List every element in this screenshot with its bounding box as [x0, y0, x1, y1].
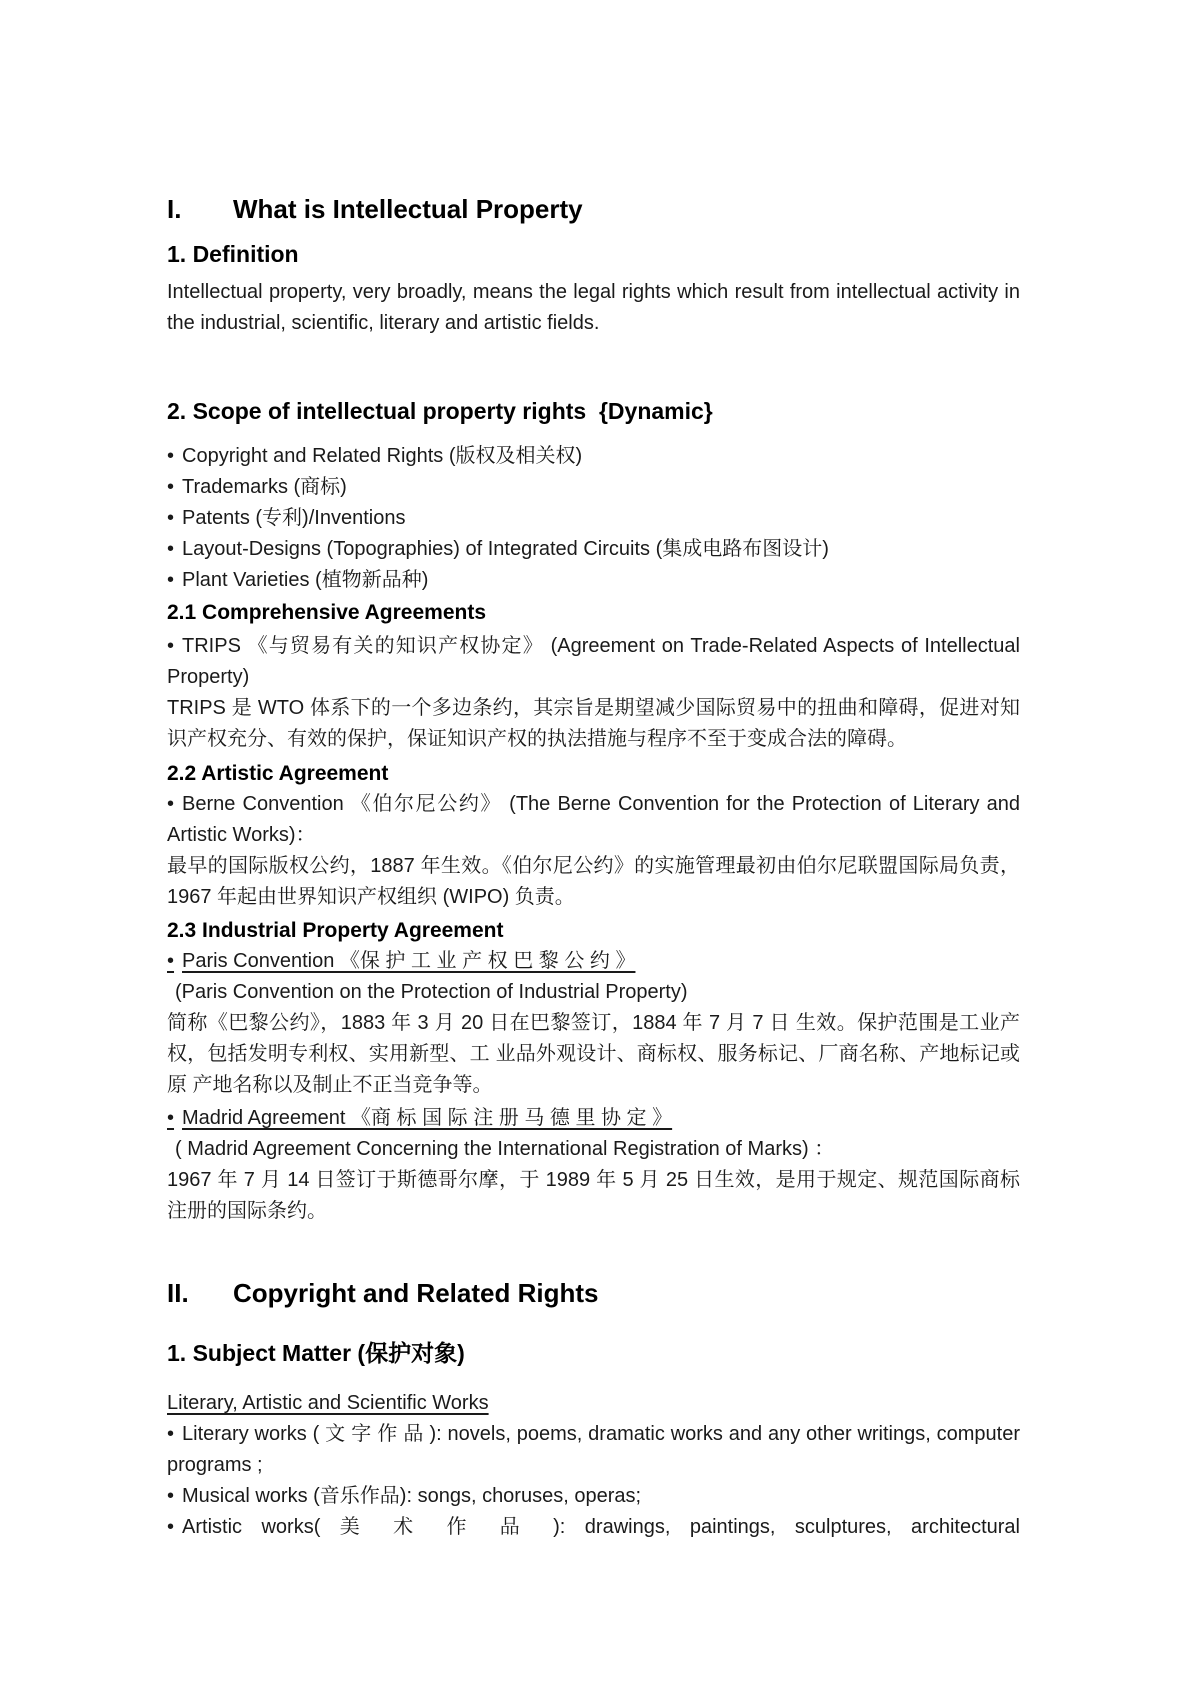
section-2-number: II.	[167, 1276, 233, 1310]
section-1-number: I.	[167, 193, 233, 225]
paris-convention-note: 简称《巴黎公约》，1883 年 3 月 20 日在巴黎签订，1884 年 7 月…	[167, 1008, 1020, 1101]
trips-bullet: •TRIPS 《与贸易有关的知识产权协定》 (Agreement on Trad…	[167, 631, 1020, 693]
bullet-icon: •	[167, 507, 174, 529]
bullet-icon: •	[167, 1516, 174, 1538]
list-item-text: Patents (专利)/Inventions	[182, 507, 405, 529]
document-page: I. What is Intellectual Property 1. Defi…	[0, 0, 1200, 1543]
bullet-icon: •	[167, 793, 174, 815]
bullet-icon: •	[167, 1423, 174, 1445]
list-item: •Artistic works( 美 术 作 品 ): drawings, pa…	[167, 1512, 1020, 1543]
section-1-heading: I. What is Intellectual Property	[167, 193, 1020, 225]
bullet-icon: •	[167, 476, 174, 498]
paris-convention-bullet: •Paris Convention 《保 护 工 业 产 权 巴 黎 公 约 》	[167, 946, 1020, 977]
berne-bullet-text: Berne Convention 《伯尔尼公约》 (The Berne Conv…	[167, 793, 1020, 846]
bullet-icon: •	[167, 538, 174, 560]
list-item: •Layout-Designs (Topographies) of Integr…	[167, 534, 1020, 565]
section-2-title: Copyright and Related Rights	[233, 1276, 598, 1310]
industrial-property-heading: 2.3 Industrial Property Agreement	[167, 916, 1020, 946]
bullet-icon: •	[167, 445, 174, 467]
bullet-icon: •	[167, 1485, 174, 1507]
list-item-text: Literary works ( 文 字 作 品 ): novels, poem…	[167, 1423, 1020, 1476]
section-2-heading: II. Copyright and Related Rights	[167, 1276, 1020, 1310]
comprehensive-agreements-heading: 2.1 Comprehensive Agreements	[167, 598, 1020, 628]
list-item: •Musical works (音乐作品): songs, choruses, …	[167, 1481, 1020, 1512]
list-item: •Trademarks (商标)	[167, 472, 1020, 503]
bullet-icon: •	[167, 635, 174, 657]
list-item-text: Musical works (音乐作品): songs, choruses, o…	[182, 1485, 641, 1507]
list-item-text: Plant Varieties (植物新品种)	[182, 569, 428, 591]
list-item-text: Layout-Designs (Topographies) of Integra…	[182, 538, 829, 560]
subject-matter-heading: 1. Subject Matter (保护对象)	[167, 1338, 1020, 1368]
works-list: •Literary works ( 文 字 作 品 ): novels, poe…	[167, 1419, 1020, 1543]
berne-note: 最早的国际版权公约，1887 年生效。《伯尔尼公约》的实施管理最初由伯尔尼联盟国…	[167, 851, 1020, 913]
list-item-text: Copyright and Related Rights (版权及相关权)	[182, 445, 582, 467]
list-item-text: Trademarks (商标)	[182, 476, 347, 498]
berne-bullet: •Berne Convention 《伯尔尼公约》 (The Berne Con…	[167, 789, 1020, 851]
paris-bullet-text: Paris Convention 《保 护 工 业 产 权 巴 黎 公 约 》	[182, 950, 635, 972]
trips-note: TRIPS 是 WTO 体系下的一个多边条约，其宗旨是期望减少国际贸易中的扭曲和…	[167, 693, 1020, 755]
works-category-heading: Literary, Artistic and Scientific Works	[167, 1388, 1020, 1419]
bullet-icon: •	[167, 1107, 174, 1129]
scope-heading: 2. Scope of intellectual property rights…	[167, 396, 1020, 426]
scope-list: •Copyright and Related Rights (版权及相关权) •…	[167, 441, 1020, 596]
list-item: •Literary works ( 文 字 作 品 ): novels, poe…	[167, 1419, 1020, 1481]
paris-convention-english: (Paris Convention on the Protection of I…	[167, 977, 1020, 1008]
list-item: •Patents (专利)/Inventions	[167, 503, 1020, 534]
list-item: •Plant Varieties (植物新品种)	[167, 565, 1020, 596]
list-item: •Copyright and Related Rights (版权及相关权)	[167, 441, 1020, 472]
artistic-agreement-heading: 2.2 Artistic Agreement	[167, 759, 1020, 789]
definition-paragraph: Intellectual property, very broadly, mea…	[167, 277, 1020, 339]
document-body: { "colors": {"text": "#1a1a1a", "backgro…	[0, 0, 1200, 1698]
list-item-text: Artistic works( 美 术 作 品 ): drawings, pai…	[182, 1516, 1020, 1538]
bullet-icon: •	[167, 950, 174, 972]
section-1-title: What is Intellectual Property	[233, 193, 583, 225]
bullet-icon: •	[167, 569, 174, 591]
definition-heading: 1. Definition	[167, 239, 1020, 269]
madrid-bullet-text: Madrid Agreement 《商 标 国 际 注 册 马 德 里 协 定 …	[182, 1107, 672, 1129]
madrid-agreement-english: ( Madrid Agreement Concerning the Intern…	[167, 1134, 1020, 1165]
madrid-agreement-note: 1967 年 7 月 14 日签订于斯德哥尔摩，于 1989 年 5 月 25 …	[167, 1165, 1020, 1227]
trips-bullet-text: TRIPS 《与贸易有关的知识产权协定》 (Agreement on Trade…	[167, 635, 1020, 688]
madrid-agreement-bullet: •Madrid Agreement 《商 标 国 际 注 册 马 德 里 协 定…	[167, 1103, 1020, 1134]
